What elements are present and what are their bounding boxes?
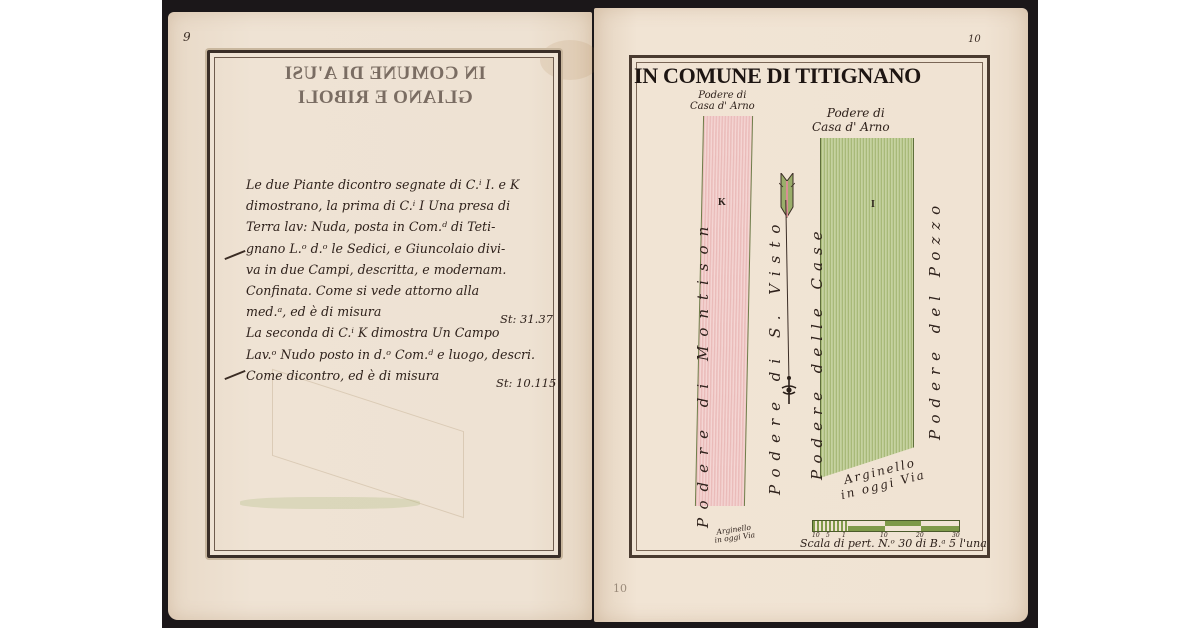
vertical-label-case: Podere delle Case xyxy=(808,224,826,480)
text-line: gnano L.ᵒ d.ᵒ le Sedici, e Giuncolaio di… xyxy=(246,238,535,259)
right-page-number: 10 xyxy=(968,34,981,45)
text-line: Le due Piante dicontro segnate di C.ⁱ I.… xyxy=(246,174,535,195)
scale-caption: Scala di pert. N.ᵒ 30 di B.ᵃ 5 l'una xyxy=(800,537,987,550)
text-line: Terra lav: Nuda, posta in Com.ᵈ di Teti- xyxy=(246,216,535,237)
text-line: med.ᵃ, ed è di misura xyxy=(246,301,535,322)
map-title: IN COMUNE DI TITIGNANO xyxy=(634,63,921,89)
parcel-k-letter: K xyxy=(718,197,726,208)
compass-fleur-icon xyxy=(780,372,798,406)
text-line: Confinata. Come si vede attorno alla xyxy=(246,280,535,301)
bleed-title-line-1: IN COMUNE DI A'USI xyxy=(225,62,545,86)
scale-seg xyxy=(921,521,959,531)
text-line: dimostrano, la prima di C.ⁱ I Una presa … xyxy=(246,195,535,216)
vertical-label-s-visto: Podere di S. Visto xyxy=(766,217,784,495)
text-line: Lav.ᵒ Nudo posto in d.ᵒ Com.ᵈ e luogo, d… xyxy=(246,344,535,365)
parcel-k-top-label: Podere di Casa d' Arno xyxy=(690,90,755,112)
parcel-i-letter: I xyxy=(871,199,875,210)
scale-seg xyxy=(813,521,848,531)
measure-1: St: 31.37 xyxy=(500,312,553,326)
left-page-number: 9 xyxy=(183,30,191,44)
vertical-label-pozzo: Podere del Pozzo xyxy=(926,199,944,440)
bleed-title-line-2: GLIANO E RIBOLI xyxy=(225,86,545,110)
vertical-label-montison: Podere di Montison xyxy=(694,218,712,528)
scale-seg xyxy=(848,521,885,531)
label-line: Podere di xyxy=(690,90,755,101)
bleed-through-title: IN COMUNE DI A'USI GLIANO E RIBOLI xyxy=(225,62,545,110)
label-line: Casa d' Arno xyxy=(690,101,755,112)
label-line: Podere di xyxy=(812,106,890,120)
left-page-body-text: Le due Piante dicontro segnate di C.ⁱ I.… xyxy=(246,174,535,386)
text-line: Come dicontro, ed è di misura xyxy=(246,365,535,386)
parcel-i-top-label: Podere di Casa d' Arno xyxy=(812,106,890,134)
north-arrow-icon xyxy=(779,173,795,219)
parcel-i xyxy=(820,138,914,478)
text-line: La seconda di C.ⁱ K dimostra Un Campo xyxy=(246,322,535,343)
label-line: Casa d' Arno xyxy=(812,120,890,134)
measure-2: St: 10.115 xyxy=(496,376,556,390)
text-line: va in due Campi, descritta, e modernam. xyxy=(246,259,535,280)
scale-bar xyxy=(812,520,960,532)
bleed-through-green xyxy=(240,497,420,509)
pencil-page-number: 10 xyxy=(613,582,627,595)
scale-seg xyxy=(885,521,922,531)
